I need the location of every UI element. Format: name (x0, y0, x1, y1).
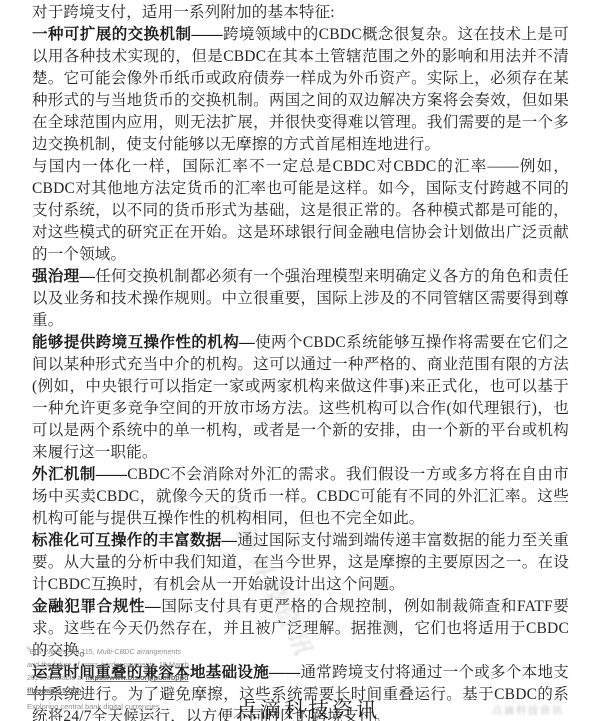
footer-book-title: Exploring central bank digital currencie… (27, 702, 160, 711)
paragraph-lead: 外汇机制—— (32, 466, 127, 483)
paragraph-lead: 强治理— (32, 268, 95, 285)
intro-line: 对于跨境支付，适用一系列附加的基本特征: (32, 2, 569, 24)
paragraph-lead: 金融犯罪合规性— (32, 598, 161, 615)
paragraph-lead: 一种可扩展的交换机制—— (32, 26, 223, 43)
paragraph-scalable-exchange-mechanism: 一种可扩展的交换机制——跨境领域中的CBDC概念很复杂。这在技术上是可以用各种技… (32, 24, 569, 156)
paragraph-lead: 标准化可互操作的丰富数据— (32, 532, 237, 549)
paragraph-strong-governance: 强治理—任何交换机制都必须有一个强治理模型来明确定义各方的角色和责任以及业务和技… (32, 266, 569, 332)
paragraph-body: 使两个CBDC系统能够互操作将需要在它们之间以某种形式充当中介的机构。这可以通过… (32, 334, 569, 461)
article-body: 对于跨境支付，适用一系列附加的基本特征: 一种可扩展的交换机制——跨境领域中的C… (32, 2, 569, 721)
footer-faint-watermark: 点滴科技资讯 (492, 702, 564, 717)
paragraph-body: 任何交换机制都必须有一个强治理模型来明确定义各方的角色和责任以及业务和技术操作规… (32, 268, 569, 329)
intro-text: 对于跨境支付，适用一系列附加的基本特征: (32, 4, 335, 21)
paragraph-lead: 能够提供跨境互操作性的机构— (32, 334, 255, 351)
paragraph-interoperability-institutions: 能够提供跨境互操作性的机构—使两个CBDC系统能够互操作将需要在它们之间以某种形… (32, 332, 569, 464)
paragraph-standardized-rich-data: 标准化可互操作的丰富数据—通过国际支付端到端传递丰富数据的能力至关重要。从大量的… (32, 530, 569, 596)
footer-brand-name: 点滴科技资讯 (236, 694, 380, 721)
paragraph-body: 跨境领域中的CBDC概念很复杂。这在技术上是可以用各种技术实现的，但是CBDC在… (32, 26, 569, 153)
footnote-bis-reference: 9BIS Papers, No 115, Multi-CBDC arrangem… (27, 645, 189, 697)
paragraph-body: 与国内一体化一样，国际汇率不一定总是CBDC对CBDC的汇率——例如，CBDC对… (32, 158, 569, 263)
footnote-prefix: BIS Papers, No 115, (30, 647, 97, 656)
document-page: 对于跨境支付，适用一系列附加的基本特征: 一种可扩展的交换机制——跨境领域中的C… (0, 0, 600, 721)
paragraph-international-exchange-rates: 与国内一体化一样，国际汇率不一定总是CBDC对CBDC的汇率——例如，CBDC对… (32, 156, 569, 266)
paragraph-fx-mechanism: 外汇机制——CBDC不会消除对外汇的需求。我们假设一方或多方将在自由市场中买卖C… (32, 464, 569, 530)
